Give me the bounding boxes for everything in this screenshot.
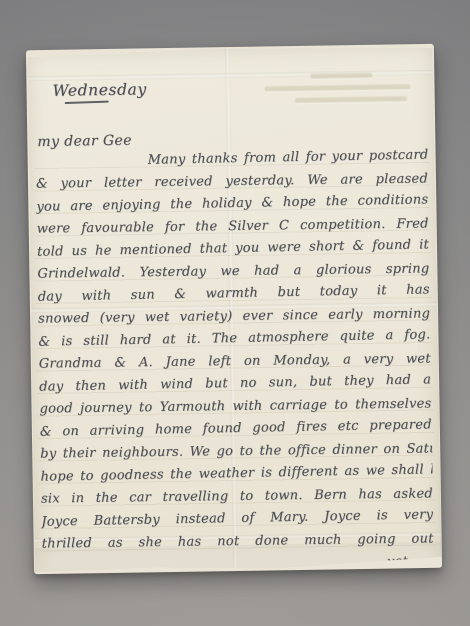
embossed-letterhead xyxy=(238,72,419,111)
photo-background: Wednesday my dear Gee Many thanks from a… xyxy=(0,0,470,626)
embossed-letterhead-line xyxy=(295,96,407,103)
letter-paper: Wednesday my dear Gee Many thanks from a… xyxy=(26,44,442,574)
embossed-letterhead-line xyxy=(265,84,411,91)
date-underline xyxy=(65,101,109,104)
letter-date: Wednesday xyxy=(52,80,146,99)
letter-salutation: my dear Gee xyxy=(37,133,132,150)
letter-body: Many thanks from all for your postcard,&… xyxy=(35,145,434,580)
paper-sheet: Wednesday my dear Gee Many thanks from a… xyxy=(26,44,442,574)
letter-line: thrilled as she has not done much going … xyxy=(42,528,434,556)
embossed-letterhead-line xyxy=(310,73,372,79)
top-fold-crease xyxy=(26,70,434,81)
letter-lines: Many thanks from all for your postcard,&… xyxy=(35,145,433,556)
